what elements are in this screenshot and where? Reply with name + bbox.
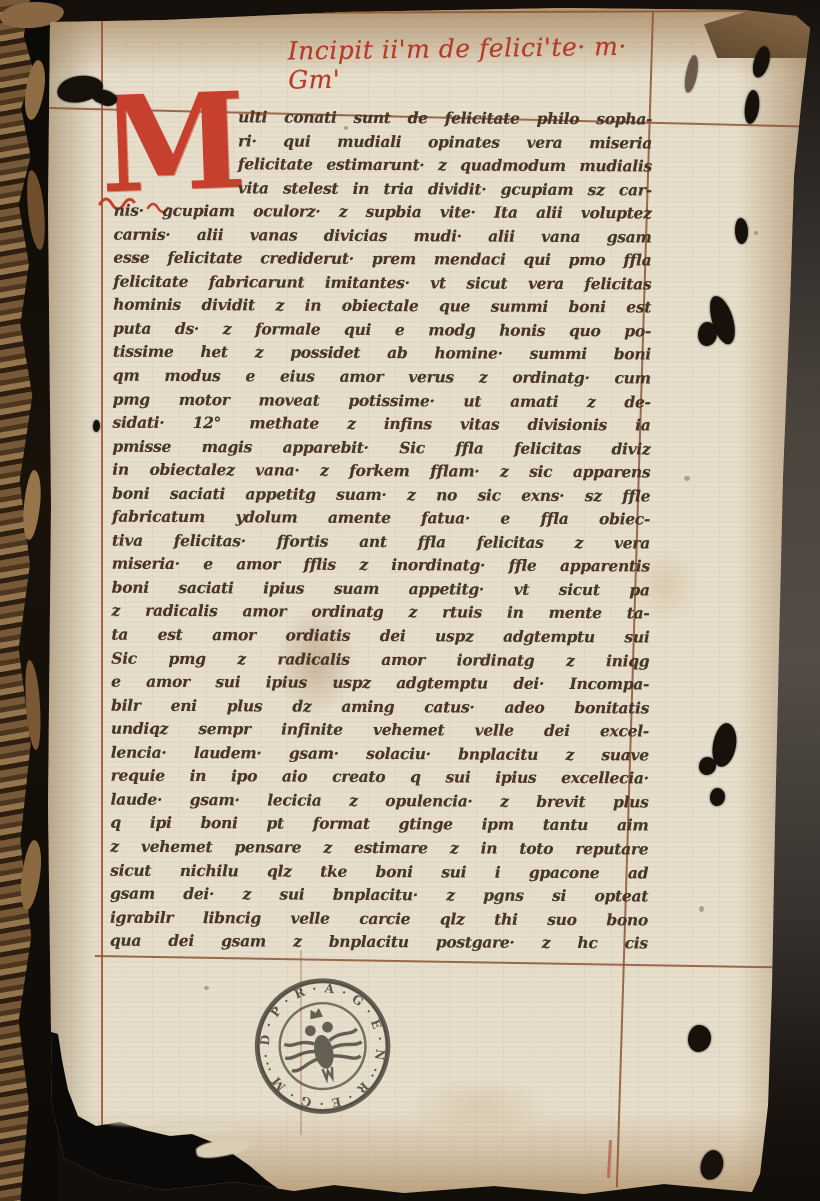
text-line: Sic pmg z radicalis amor iordinatg z ini…: [111, 646, 649, 672]
text-block: ulti conati sunt de felicitate philo sop…: [110, 105, 652, 955]
text-line: ri· qui mudiali opinates vera miseria: [114, 128, 652, 154]
manuscript-photo: Incipit ii'm de felici'te· m· Gm' M ulti…: [0, 0, 820, 1201]
rubric-title: Incipit ii'm de felici'te· m· Gm': [288, 31, 649, 94]
text-line: boni saciati ipius suam appetitg· vt sic…: [112, 576, 650, 602]
text-line: nis· gcupiam oculorz· z supbia vite· Ita…: [114, 199, 652, 225]
text-line: pmg motor moveat potissime· ut amati z d…: [113, 387, 651, 413]
foxing-speck: [684, 476, 690, 481]
text-line: tissime het z possidet ab homine· summi …: [113, 340, 651, 366]
text-line: miseria· e amor fflis z inordinatg· ffle…: [112, 552, 650, 578]
text-line: undiqz sempr infinite vehemet velle dei …: [111, 717, 649, 743]
text-line: felicitate estimarunt· z quadmodum mudia…: [114, 152, 652, 178]
paper-fiber: [104, 1118, 164, 1126]
text-line: puta ds· z formale qui e modg honis quo …: [113, 317, 651, 343]
text-line: z vehemet pensare z estimare z in toto r…: [110, 835, 648, 861]
text-line: boni saciati appetitg suam· z no sic exn…: [112, 481, 650, 507]
library-stamp: · D · P · R · A · G · E · N ·· R · E · G…: [230, 955, 415, 1140]
manuscript-page: Incipit ii'm de felici'te· m· Gm' M ulti…: [44, 6, 814, 1198]
text-line: qua dei gsam z bnplacitu postgare· z hc …: [110, 929, 648, 955]
text-line: vita stelest in tria dividit· gcupiam sz…: [114, 175, 652, 201]
text-line: ta est amor ordiatis dei uspz adgtemptu …: [111, 623, 649, 649]
text-line: carnis· alii vanas divicias mudi· alii v…: [113, 222, 651, 248]
text-line: lencia· laudem· gsam· solaciu· bnplacitu…: [111, 740, 649, 766]
text-line: bilr eni plus dz aming catus· adeo bonit…: [111, 693, 649, 719]
text-line: q ipi boni pt format gtinge ipm tantu ai…: [110, 811, 648, 837]
text-line: hominis dividit z in obiectale que summi…: [113, 293, 651, 319]
text-line: laude· gsam· lecicia z opulencia· z brev…: [111, 787, 649, 813]
text-line: sicut nichilu qlz tke boni sui i gpacone…: [110, 858, 648, 884]
foxing-speck: [204, 986, 209, 990]
text-line: tiva felicitas· ffortis ant ffla felicit…: [112, 528, 650, 554]
text-line: sidati· 12° methate z infins vitas divis…: [112, 411, 650, 437]
text-line: qm modus e eius amor verus z ordinatg· c…: [113, 364, 651, 390]
text-line: e amor sui ipius uspz adgtemptu dei· Inc…: [111, 670, 649, 696]
text-line: felicitate fabricarunt imitantes· vt sic…: [113, 269, 651, 295]
text-line: pmisse magis apparebit· Sic ffla felicit…: [112, 434, 650, 460]
paper-fiber: [164, 1126, 234, 1133]
text-line: gsam dei· z sui bnplacitu· z pgns si opt…: [110, 882, 648, 908]
text-line: requie in ipo aio creato q sui ipius exc…: [111, 764, 649, 790]
text-line: ulti conati sunt de felicitate philo sop…: [114, 105, 652, 131]
foxing-speck: [699, 906, 704, 912]
text-line: esse felicitate crediderut· prem mendaci…: [113, 246, 651, 272]
text-line: fabricatum ydolum amente fatua· e ffla o…: [112, 505, 650, 531]
text-line: in obiectalez vana· z forkem fflam· z si…: [112, 458, 650, 484]
text-line: z radicalis amor ordinatg z rtuis in men…: [112, 599, 650, 625]
foxing-speck: [754, 231, 758, 235]
text-line: igrabilr libncig velle carcie qlz thi su…: [110, 905, 648, 931]
